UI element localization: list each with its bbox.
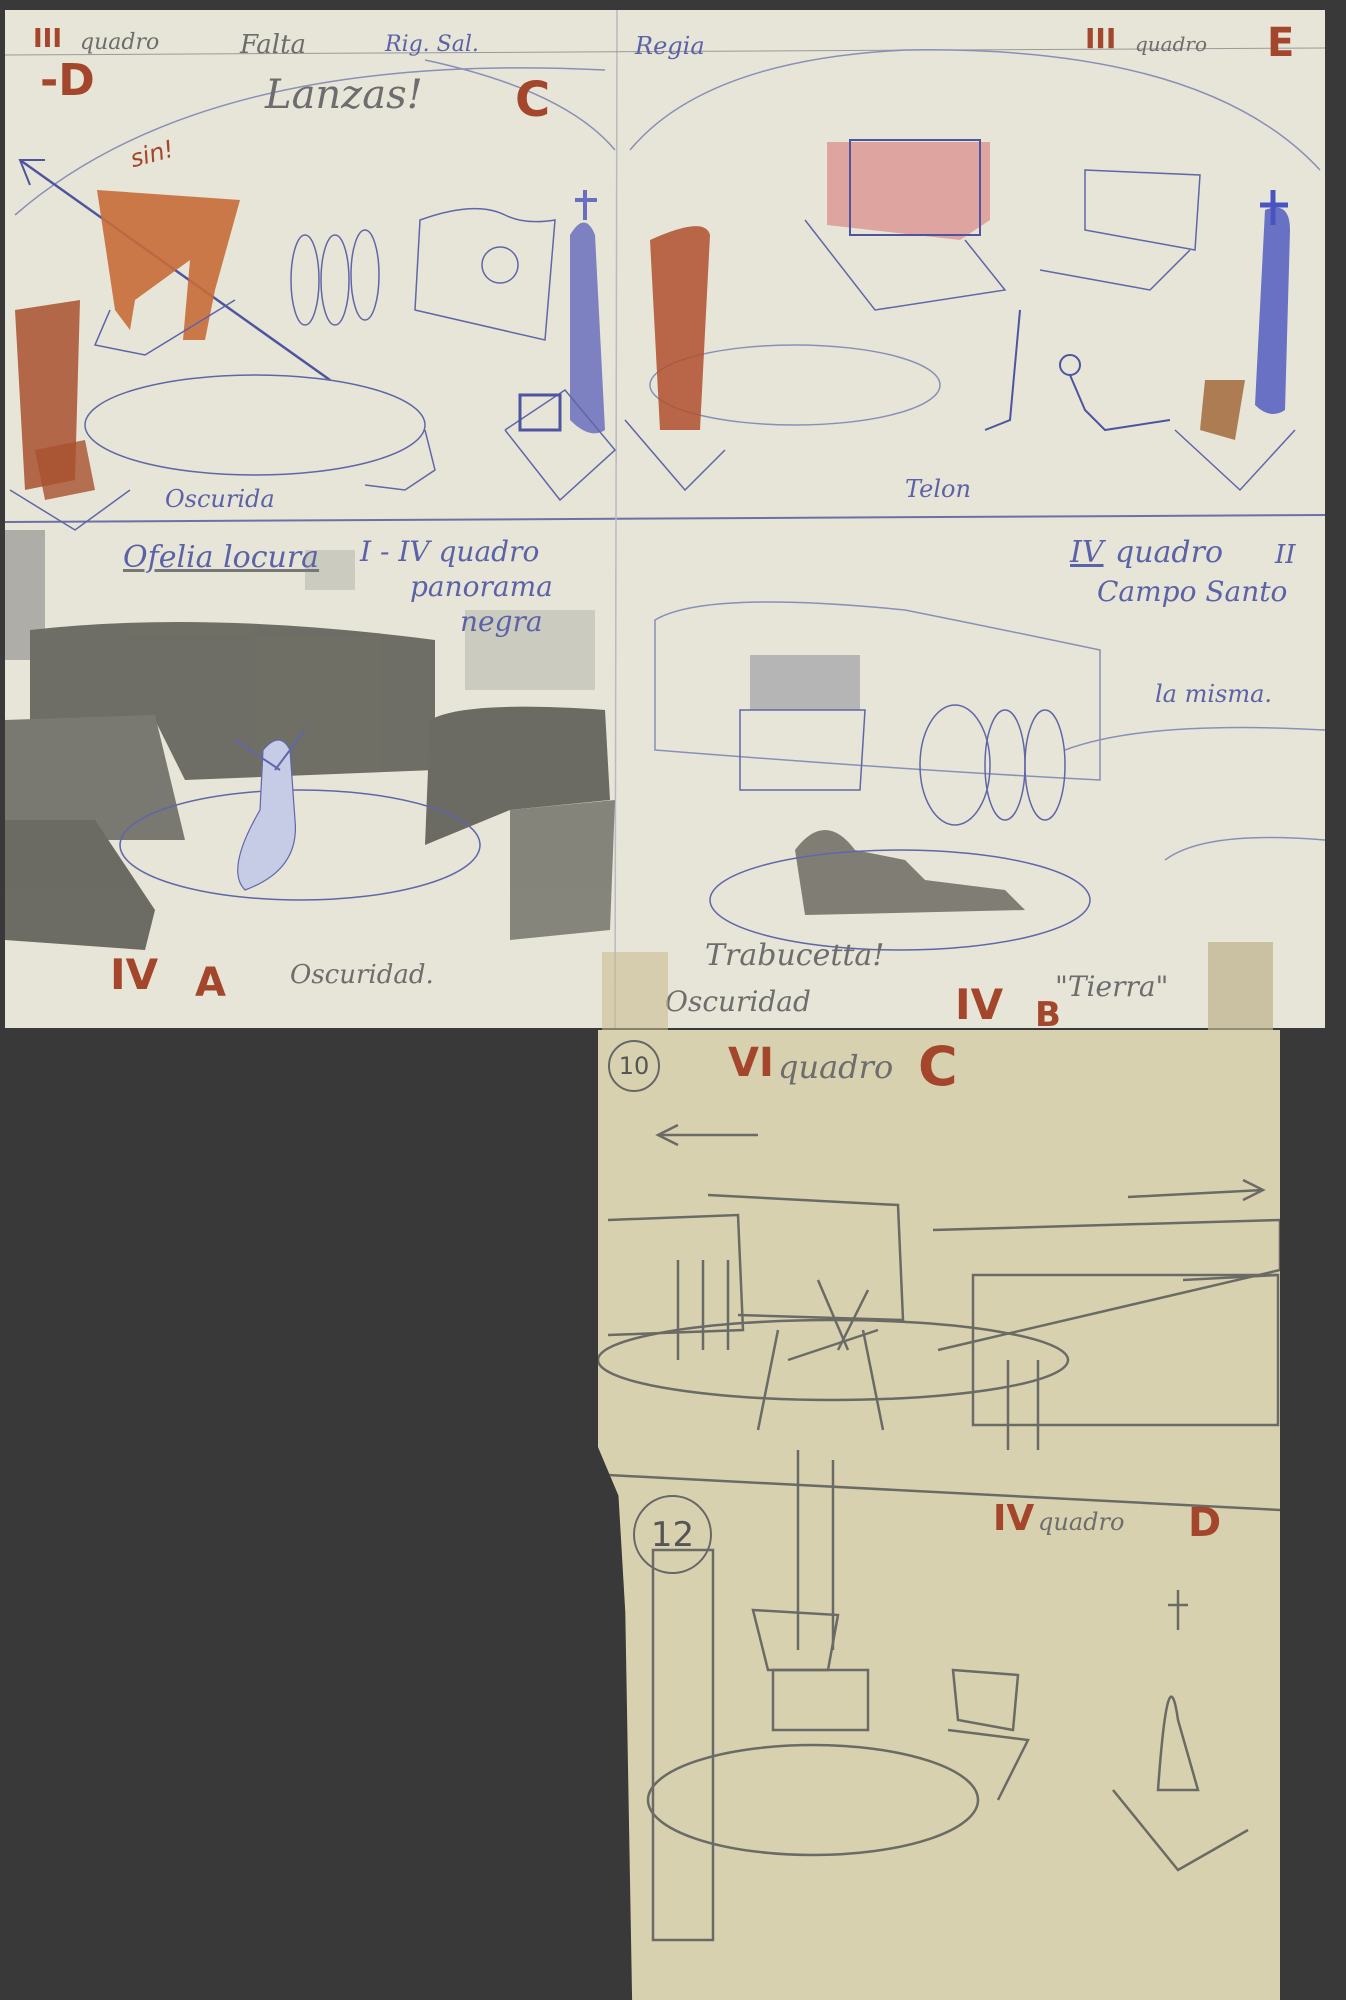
note-label: la misma. <box>1155 680 1272 708</box>
paper-sheet-bottom: 10 VI quadro C 12 IV quadro D <box>598 1030 1280 2000</box>
quadro-label: quadro <box>1038 1508 1124 1536</box>
note-label: negra <box>460 605 543 638</box>
scene-letter-label: E <box>1267 20 1294 66</box>
scene-letter-label: C <box>918 1035 958 1098</box>
scene-letter-label: D <box>1188 1500 1221 1546</box>
note-label: Lanzas! <box>265 72 423 118</box>
roman-numeral-label: VI <box>728 1040 774 1086</box>
sequence-number: 12 <box>651 1515 694 1555</box>
quadro-label: quadro <box>1115 535 1223 570</box>
note-label: "Tierra" <box>1055 970 1168 1003</box>
roman-numeral-label: IV <box>993 1498 1034 1539</box>
scene-letter-label: B <box>1035 995 1061 1035</box>
sequence-number-badge: 12 <box>633 1495 712 1574</box>
roman-numeral-label: IV <box>1070 535 1104 570</box>
roman-numeral-label: II <box>1275 540 1296 570</box>
note-label: Trabucetta! <box>705 938 884 973</box>
roman-numeral-label: IV <box>110 950 158 999</box>
paper-sheet-top: III quadro -D Falta Rig. Sal. sin! Lanza… <box>5 10 1325 1028</box>
roman-numeral-label: III <box>33 24 62 54</box>
roman-numeral-label: IV <box>955 980 1003 1029</box>
scene-letter-label: -D <box>40 55 95 106</box>
note-label: Rig. Sal. <box>385 32 479 57</box>
caption-label: Oscurida <box>165 485 275 513</box>
quadro-label: quadro <box>778 1048 893 1086</box>
roman-numeral-label: III <box>1085 22 1116 55</box>
note-label: Regia <box>635 32 705 60</box>
scene-letter-label: A <box>195 960 226 1006</box>
caption-label: Oscuridad <box>665 985 811 1018</box>
note-label: Campo Santo <box>1097 575 1287 608</box>
scene-title-label: Ofelia locura <box>123 540 319 575</box>
scene-letter-label: C <box>515 72 550 128</box>
note-label: Falta <box>240 30 306 60</box>
sketch-drawings-top <box>5 10 1325 1028</box>
tape-strip <box>602 952 668 1032</box>
caption-label: Telon <box>905 475 971 503</box>
caption-label: Oscuridad. <box>290 960 434 990</box>
sequence-number: 10 <box>619 1052 650 1080</box>
sequence-number-badge: 10 <box>608 1040 660 1092</box>
quadro-label: quadro <box>80 30 159 55</box>
note-label: panorama <box>410 570 553 603</box>
scene-range-label: I - IV quadro <box>360 535 539 568</box>
quadro-label: quadro <box>1135 32 1207 56</box>
